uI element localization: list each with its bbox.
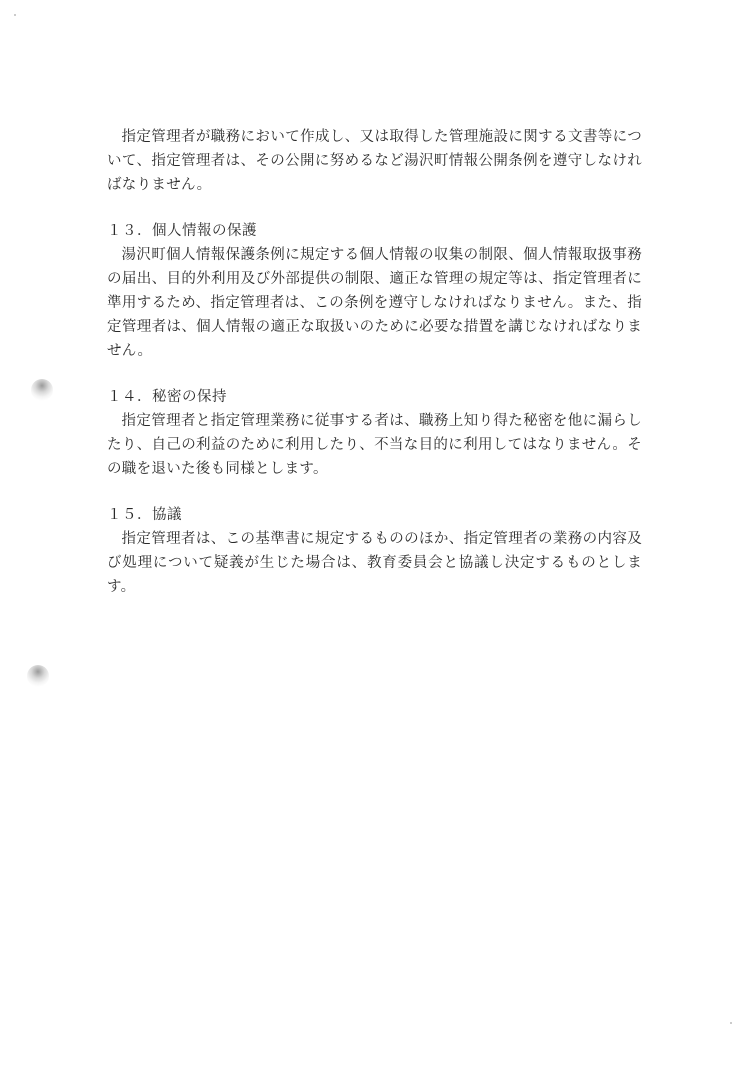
section-14-confidentiality: １４．秘密の保持 指定管理者と指定管理業務に従事する者は、職務上知り得た秘密を他… bbox=[107, 385, 642, 481]
scanned-page: 指定管理者が職務において作成し、又は取得した管理施設に関する文書等について、指定… bbox=[0, 0, 750, 1065]
document-body: 指定管理者が職務において作成し、又は取得した管理施設に関する文書等について、指定… bbox=[107, 125, 642, 599]
section-15-consultation: １５．協議 指定管理者は、この基準書に規定するもののほか、指定管理者の業務の内容… bbox=[107, 503, 642, 599]
scan-speck bbox=[14, 14, 16, 16]
section-heading: １５．協議 bbox=[107, 503, 642, 527]
punch-hole-top bbox=[31, 379, 53, 401]
punch-hole-bottom bbox=[27, 665, 49, 687]
section-body: 指定管理者は、この基準書に規定するもののほか、指定管理者の業務の内容及び処理につ… bbox=[107, 527, 642, 599]
section-body: 湯沢町個人情報保護条例に規定する個人情報の収集の制限、個人情報取扱事務の届出、目… bbox=[107, 243, 642, 363]
intro-paragraph: 指定管理者が職務において作成し、又は取得した管理施設に関する文書等について、指定… bbox=[107, 125, 642, 197]
scan-speck bbox=[730, 1022, 732, 1024]
section-heading: １４．秘密の保持 bbox=[107, 385, 642, 409]
section-body: 指定管理者と指定管理業務に従事する者は、職務上知り得た秘密を他に漏らしたり、自己… bbox=[107, 409, 642, 481]
section-heading: １３．個人情報の保護 bbox=[107, 219, 642, 243]
section-13-personal-info: １３．個人情報の保護 湯沢町個人情報保護条例に規定する個人情報の収集の制限、個人… bbox=[107, 219, 642, 363]
